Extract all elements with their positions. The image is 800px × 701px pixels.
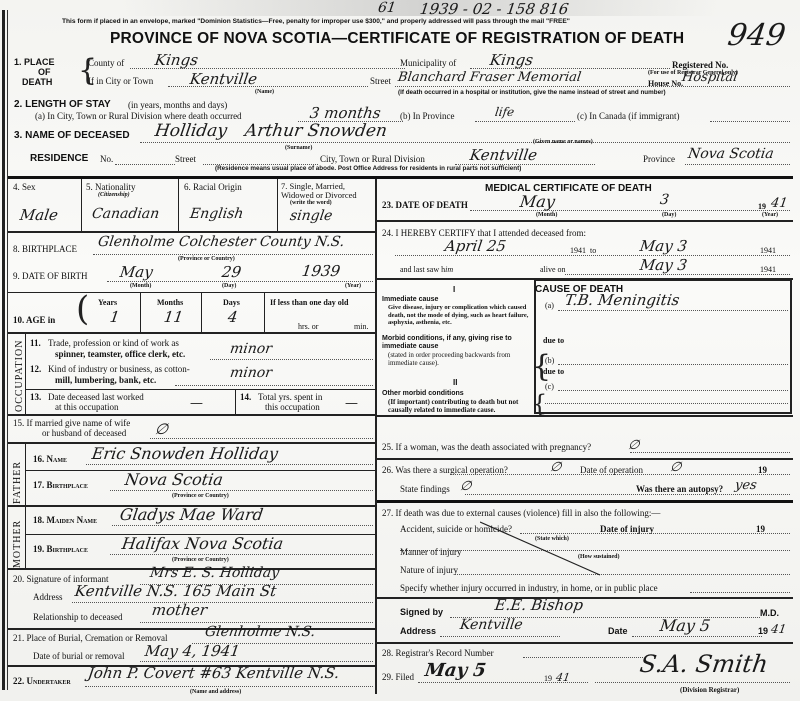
date-of-death-year-prefix: 19 [758, 202, 766, 211]
annotation-registered-number: 949 [726, 18, 788, 53]
immediate-desc: Give disease, injury or complication whi… [388, 304, 531, 327]
marital-value[interactable]: single [289, 208, 334, 224]
q12-value[interactable]: minor [229, 365, 273, 381]
street-value[interactable]: Blanchard Fraser Memorial [397, 70, 582, 85]
relationship-label: Relationship to deceased [33, 612, 122, 622]
informant-address-label: Address [33, 592, 63, 602]
residence-street-label: Street [175, 154, 196, 164]
burial-date-line [140, 661, 373, 662]
age-min-label: min. [354, 322, 368, 331]
death-day-caption: (Day) [662, 212, 676, 218]
cause-a-line [558, 310, 788, 311]
certify-to-label: to [590, 246, 596, 255]
certify-from-value[interactable]: April 25 [444, 237, 508, 255]
filed-value[interactable]: May 5 [424, 660, 488, 681]
md-label: M.D. [760, 608, 779, 618]
filed-year-prefix: 19 [544, 674, 552, 683]
street-line [395, 86, 790, 87]
filed-year[interactable]: 41 [555, 671, 571, 684]
sig-date-label: Date [608, 626, 628, 636]
institution-note: (If death occurred in a hospital or inst… [398, 89, 666, 96]
filed-label: 29. Filed [382, 672, 414, 682]
occupation-side-label: OCCUPATION [14, 340, 25, 412]
q12-label-a: Kind of industry or business, as cotton- [48, 364, 190, 374]
city-value[interactable]: Kentville [189, 70, 259, 88]
death-certificate: 61 1939 - 02 - 158 816 949 This form if … [0, 0, 800, 701]
county-value[interactable]: Kings [154, 51, 199, 69]
registrar-signature[interactable]: S.A. Smith [638, 650, 770, 678]
q11-label-a: Trade, profession or kind of work as [48, 338, 179, 348]
stay-c-label: (c) In Canada (if immigrant) [577, 111, 679, 121]
residence-label: RESIDENCE [30, 153, 88, 164]
q26-line [450, 474, 790, 475]
residence-city-label: City, Town or Rural Division [320, 154, 425, 164]
signed-by-label: Signed by [400, 607, 443, 617]
annotation-top-number: 61 [377, 0, 397, 16]
relationship-value[interactable]: mother [151, 601, 209, 619]
given-caption: (Given name or names) [533, 139, 593, 145]
divider [25, 507, 26, 569]
age-months-label: Months [157, 298, 183, 307]
divider [235, 389, 236, 414]
dob-label: 9. DATE OF BIRTH [13, 271, 87, 281]
due-to-1: due to [543, 336, 564, 345]
age-months-value[interactable]: 11 [163, 308, 185, 326]
surname-caption: (Surname) [285, 145, 312, 151]
divider [81, 179, 82, 231]
residence-note: (Residence means usual place of abode. P… [215, 165, 521, 172]
certify-from-year: 1941 [570, 246, 586, 255]
nationality-sub: (Citizenship) [98, 192, 130, 198]
birthplace-value[interactable]: Glenholme Colchester County N.S. [97, 234, 346, 250]
q25-label: 25. If a woman, was the death associated… [382, 442, 591, 452]
q14-label-b: this occupation [265, 402, 320, 412]
father-birthplace-value[interactable]: Nova Scotia [124, 470, 225, 489]
burial-place-value[interactable]: Glenholme N.S. [204, 624, 316, 640]
q13-label-a: Date deceased last worked [48, 392, 144, 402]
alive-on-label: alive on [540, 265, 566, 274]
dob-line [107, 281, 373, 282]
street-label: Street [370, 76, 391, 86]
age-label: 10. AGE in [13, 315, 55, 325]
mother-maiden-line [112, 525, 373, 526]
specify-line [690, 592, 790, 593]
relationship-line [140, 622, 373, 623]
brace: { [532, 392, 547, 416]
certify-to-value[interactable]: May 3 [639, 237, 689, 255]
death-year-caption: (Year) [762, 212, 778, 218]
q25-line [630, 452, 790, 453]
deceased-name-line [140, 142, 790, 143]
nationality-label: 5. Nationality [86, 182, 136, 192]
residence-no-label: No. [100, 154, 113, 164]
morbid-desc: (stated in order proceeding backwards fr… [388, 351, 531, 367]
strike-through-line [480, 520, 610, 580]
divider [264, 292, 265, 332]
spouse-line [150, 438, 373, 439]
stay-b-label: (b) In Province [400, 111, 454, 121]
cause-c-line [558, 390, 788, 391]
undertaker-value[interactable]: John P. Covert #63 Kentville N.S. [87, 664, 341, 682]
city-caption: (Name) [255, 89, 274, 95]
burial-date-label: Date of burial or removal [33, 651, 124, 661]
other-line [545, 403, 788, 404]
dob-year[interactable]: 1939 [301, 262, 342, 280]
q12-line [175, 385, 373, 386]
autopsy-label: Was there an autopsy? [636, 484, 723, 494]
house-label: House No. [648, 79, 683, 88]
divider [25, 444, 26, 506]
record-number-label: 28. Registrar's Record Number [382, 648, 494, 658]
registrar-sig-line [595, 682, 790, 683]
date-of-death-label: 23. DATE OF DEATH [382, 200, 468, 210]
other-title: Other morbid conditions [382, 390, 464, 397]
q26-value[interactable]: ∅ [549, 460, 562, 475]
cause-a-label: (a) [545, 301, 554, 310]
q14-value[interactable]: — [344, 396, 359, 411]
findings-value[interactable]: ∅ [459, 479, 472, 494]
spouse-label-a: 15. If married give name of wife [13, 418, 130, 428]
mother-maiden-value[interactable]: Gladys Mae Ward [119, 505, 265, 524]
sig-address-label: Address [400, 626, 436, 636]
deceased-name-label: 3. NAME OF DECEASED [14, 130, 130, 141]
findings-label: State findings [400, 484, 450, 494]
morbid-title: Morbid conditions, if any, giving rise t… [382, 335, 532, 351]
q11-label-b: spinner, teamster, office clerk, etc. [55, 349, 185, 359]
divider [377, 500, 793, 503]
age-days-label: Days [223, 298, 240, 307]
alive-on-year: 1941 [760, 265, 776, 274]
deceased-given-name[interactable]: Arthur Snowden [244, 121, 389, 141]
divider [8, 628, 375, 630]
place-label-c: DEATH [22, 77, 52, 87]
racial-label: 6. Racial Origin [184, 182, 242, 192]
father-name-value[interactable]: Eric Snowden Holliday [91, 444, 280, 463]
mother-birthplace-label: 19. Birthplace [33, 544, 88, 554]
undertaker-caption: (Name and address) [190, 689, 241, 695]
dob-day[interactable]: 29 [221, 263, 243, 281]
undertaker-line [85, 686, 373, 687]
father-side-label: FATHER [12, 461, 23, 504]
sig-date-year[interactable]: 41 [770, 622, 787, 636]
q12-label-b: mill, lumbering, bank, etc. [55, 375, 156, 385]
stay-b-line [475, 121, 575, 122]
undertaker-label: 22. Undertaker [13, 676, 71, 686]
burial-date-value[interactable]: May 4, 1941 [144, 642, 241, 660]
divider [377, 220, 793, 222]
length-of-stay-sub: (in years, months and days) [128, 100, 227, 110]
father-name-label: 16. Name [33, 454, 67, 464]
q11-value[interactable]: minor [229, 341, 273, 357]
q14-label-a: Total yrs. spent in [258, 392, 322, 402]
cause-b-label: (b) [545, 356, 554, 365]
mother-birthplace-caption: (Province or Country) [172, 557, 229, 563]
divider [26, 389, 375, 390]
municipality-value[interactable]: Kings [489, 51, 534, 69]
brace: ( [76, 292, 89, 326]
divider [8, 231, 375, 233]
father-birthplace-label: 17. Birthplace [33, 480, 88, 490]
page-title: PROVINCE OF NOVA SCOTIA—CERTIFICATE OF R… [110, 30, 684, 48]
age-years-value[interactable]: 1 [109, 308, 121, 326]
residence-no-line [115, 164, 175, 165]
q14-num: 14. [240, 392, 251, 402]
informant-address-line [72, 602, 373, 603]
municipality-label: Municipality of [400, 58, 456, 68]
county-label: County of [88, 58, 124, 68]
divider [201, 292, 202, 332]
q11-num: 11. [30, 338, 41, 348]
month-caption: (Month) [130, 283, 151, 289]
birthplace-caption: (Province or Country) [178, 256, 235, 262]
medical-heading: MEDICAL CERTIFICATE OF DEATH [485, 183, 652, 194]
left-border-inner [7, 10, 8, 690]
age-years-label: Years [98, 298, 117, 307]
q26-date-value[interactable]: ∅ [669, 460, 682, 475]
sex-label: 4. Sex [13, 182, 36, 192]
q27-label: 27. If death was due to external causes … [382, 508, 660, 518]
stay-a-value[interactable]: 3 months [309, 104, 382, 122]
alive-on-value[interactable]: May 3 [639, 256, 689, 274]
divider [277, 179, 278, 231]
sig-address-line [440, 636, 560, 637]
left-border [2, 10, 5, 690]
nature-label: Nature of injury [400, 565, 458, 575]
mother-maiden-label: 18. Maiden Name [33, 515, 97, 525]
stay-a-label: (a) In City, Town or Rural Division wher… [35, 111, 242, 121]
last-saw-label: and last saw him [400, 265, 453, 274]
burial-place-label: 21. Place of Burial, Cremation or Remova… [13, 633, 167, 643]
certify-to-year: 1941 [760, 246, 776, 255]
q11-line [210, 359, 373, 360]
record-number-line [523, 657, 643, 658]
cause-a-value[interactable]: T.B. Meningitis [564, 291, 681, 309]
divider [377, 642, 793, 644]
alive-on-line [565, 274, 790, 275]
q13-num: 13. [30, 392, 41, 402]
other-desc: (If important) contributing to death but… [388, 398, 533, 414]
date-of-death-month[interactable]: May [519, 192, 557, 211]
city-label: If in City or Town [88, 76, 153, 86]
registered-label: Registered No. [672, 60, 728, 70]
birthplace-line [93, 254, 373, 255]
divider [377, 415, 793, 417]
date-of-death-year[interactable]: 41 [770, 196, 789, 211]
informant-address-value[interactable]: Kentville N.S. 165 Main St [74, 582, 278, 600]
sig-date-line [632, 636, 762, 637]
due-to-2: due to [543, 367, 564, 376]
divider [8, 176, 793, 179]
divider [377, 458, 793, 460]
nationality-value[interactable]: Canadian [91, 206, 160, 222]
sig-date-year-prefix: 19 [758, 626, 768, 636]
sig-address-value[interactable]: Kentville [459, 617, 524, 633]
mother-side-label: MOTHER [12, 520, 23, 568]
registrar-caption: (Division Registrar) [680, 686, 739, 694]
mother-birthplace-value[interactable]: Halifax Nova Scotia [121, 534, 285, 553]
deceased-surname[interactable]: Holliday [154, 121, 229, 141]
age-hrs-label: hrs. or [298, 322, 318, 331]
divider [8, 414, 375, 416]
place-label-a: 1. PLACE [14, 57, 55, 67]
day-caption: (Day) [222, 283, 236, 289]
racial-value[interactable]: English [189, 206, 245, 222]
sig-date-value[interactable]: May 5 [659, 616, 712, 635]
house-value[interactable]: Hospital [681, 70, 739, 85]
residence-province-label: Province [643, 154, 675, 164]
q13-label-b: at this occupation [55, 402, 118, 412]
father-name-line [86, 464, 373, 465]
age-days-value[interactable]: 4 [227, 308, 239, 326]
sex-value[interactable]: Male [19, 206, 60, 224]
father-birthplace-caption: (Province or Country) [172, 493, 229, 499]
birthplace-label: 8. BIRTHPLACE [13, 244, 77, 254]
roman-one: I [453, 285, 455, 294]
certify-from-line [395, 255, 790, 256]
year-caption: (Year) [345, 283, 361, 289]
specify-label: Specify whether injury occurred in indus… [400, 583, 658, 593]
age-lessday-label: If less than one day old [270, 298, 348, 307]
stay-c-line [710, 121, 790, 122]
dob-month[interactable]: May [119, 263, 154, 281]
autopsy-value[interactable]: yes [734, 478, 758, 493]
manner-label: Manner of injury [400, 547, 461, 557]
death-month-caption: (Month) [536, 212, 557, 218]
findings-line [465, 494, 790, 495]
mother-birthplace-line [110, 554, 373, 555]
immediate-title: Immediate cause [382, 296, 438, 303]
q12-num: 12. [30, 364, 41, 374]
column-divider [375, 179, 377, 694]
q13-value[interactable]: — [189, 396, 204, 411]
injury-year: 19 [756, 524, 765, 534]
cause-b-line [558, 364, 788, 365]
residence-city-value[interactable]: Kentville [469, 146, 539, 164]
q25-value[interactable]: ∅ [627, 438, 640, 453]
stay-b-value[interactable]: life [494, 105, 515, 119]
residence-province-value[interactable]: Nova Scotia [687, 146, 775, 162]
date-of-death-day[interactable]: 3 [659, 192, 670, 208]
father-birthplace-line [110, 490, 373, 491]
marital-sub: (write the word) [290, 200, 332, 206]
divider [178, 179, 179, 231]
informant-sig-value[interactable]: Mrs E. S. Holliday [149, 565, 280, 581]
roman-two: II [453, 378, 457, 387]
signed-by-value[interactable]: E.E. Bishop [494, 596, 585, 614]
spouse-value[interactable]: ∅ [154, 420, 170, 438]
length-of-stay-label: 2. LENGTH OF STAY [14, 99, 111, 110]
place-label-b: OF [38, 67, 51, 77]
divider [25, 334, 26, 414]
divider [8, 332, 375, 334]
spouse-label-b: or husband of deceased [42, 428, 126, 438]
header-notice: This form if placed in an envelope, mark… [62, 18, 570, 25]
divider [8, 292, 375, 293]
annotation-reference-number: 1939 - 02 - 158 816 [419, 0, 570, 18]
divider [140, 292, 141, 332]
residence-province-line [685, 164, 790, 165]
divider [377, 597, 793, 599]
marital-label: 7. Single, Married, Widowed or Divorced [281, 182, 376, 200]
